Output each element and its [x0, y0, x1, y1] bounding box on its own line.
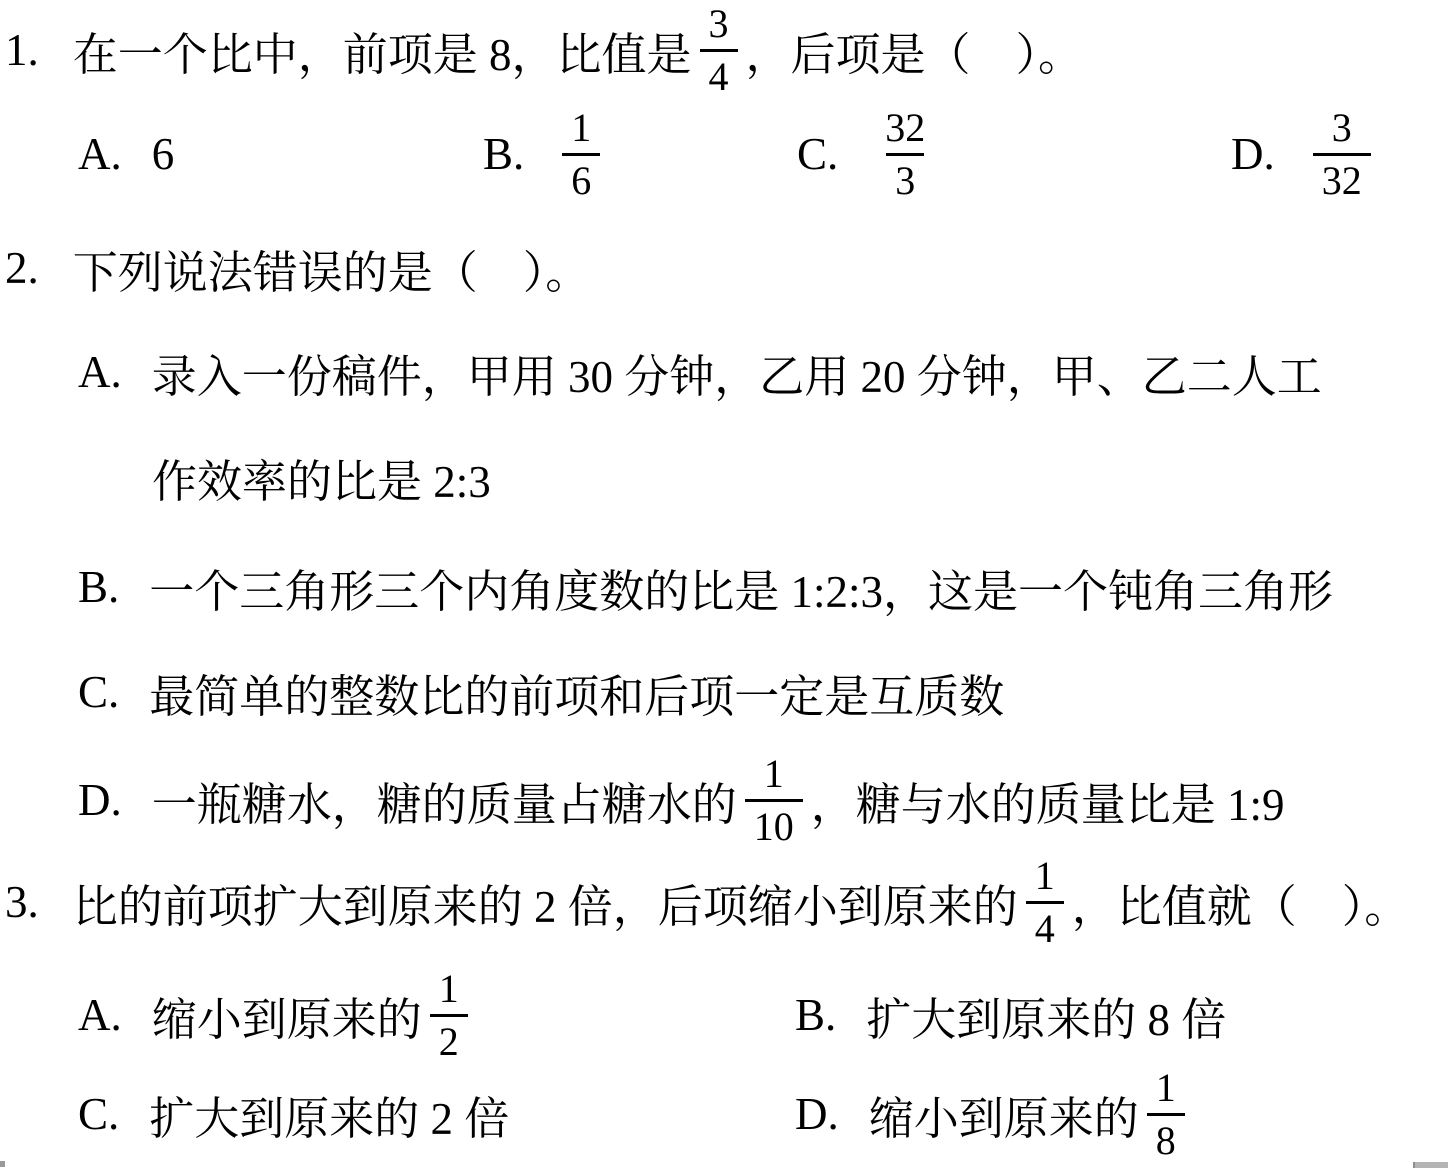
fraction-3-4: 3 4: [700, 4, 738, 97]
q3-option-d-text: 缩小到原来的: [869, 1082, 1139, 1147]
q2-option-d-text-after: ，糖与水的质量比是 1:9: [811, 768, 1285, 833]
q3-option-a-text: 缩小到原来的: [152, 983, 422, 1048]
q1-option-d: D. 3 32: [1231, 104, 1379, 204]
fraction-32-3: 32 3: [876, 108, 934, 201]
q3-option-c-label: C.: [78, 1088, 119, 1140]
question-1-stem: 1. 在一个比中，前项是 8，比值是 3 4 ，后项是（ ）。: [5, 2, 1083, 98]
q3-option-b: B. 扩大到原来的 8 倍: [795, 962, 1226, 1068]
q1-option-b-label: B.: [483, 128, 524, 180]
question-3-text-before: 比的前项扩大到原来的 2 倍，后项缩小到原来的: [73, 870, 1018, 935]
q2-option-d-label: D.: [78, 774, 122, 826]
question-3-options-row-1: A. 缩小到原来的 1 2 B. 扩大到原来的 8 倍: [0, 962, 1448, 1068]
q1-option-a-label: A.: [78, 128, 122, 180]
fraction-denominator: 3: [886, 153, 924, 201]
fraction-3-32: 3 32: [1313, 108, 1371, 201]
q3-option-b-text: 扩大到原来的 8 倍: [866, 983, 1226, 1048]
fraction-denominator: 6: [562, 153, 600, 201]
q3-option-d: D. 缩小到原来的 1 8: [795, 1064, 1193, 1164]
fraction-denominator: 8: [1147, 1113, 1185, 1161]
question-2-text: 下列说法错误的是（ ）。: [73, 236, 591, 301]
question-1-number: 1.: [5, 24, 39, 76]
q2-option-c: C. 最简单的整数比的前项和后项一定是互质数: [78, 664, 1004, 720]
question-1-text-after: ，后项是（ ）。: [746, 18, 1084, 83]
q2-option-a-continuation: 作效率的比是 2:3: [152, 449, 491, 505]
fraction-denominator: 32: [1313, 153, 1371, 201]
fraction-1-8: 1 8: [1147, 1068, 1185, 1161]
q2-option-a-line1: 录入一份稿件，甲用 30 分钟，乙用 20 分钟，甲、乙二人工: [152, 340, 1322, 405]
q1-option-c: C. 32 3: [797, 104, 942, 204]
q1-option-a-value: 6: [152, 128, 175, 180]
q2-option-a-line2: 作效率的比是 2:3: [152, 445, 491, 510]
q1-option-b: B. 1 6: [483, 104, 608, 204]
fraction-denominator: 4: [1026, 901, 1064, 949]
fraction-numerator: 3: [1323, 108, 1361, 153]
question-3-stem: 3. 比的前项扩大到原来的 2 倍，后项缩小到原来的 1 4 ，比值就（ ）。: [5, 850, 1409, 954]
question-3-options-row-2: C. 扩大到原来的 2 倍 D. 缩小到原来的 1 8: [0, 1064, 1448, 1164]
q3-option-a: A. 缩小到原来的 1 2: [78, 962, 476, 1068]
q1-option-d-label: D.: [1231, 128, 1275, 180]
fraction-1-10: 1 10: [745, 754, 803, 847]
q3-option-d-label: D.: [795, 1088, 839, 1140]
horizontal-scrollbar-thumb[interactable]: [1413, 1162, 1448, 1168]
fraction-1-2: 1 2: [430, 969, 468, 1062]
fraction-numerator: 3: [700, 4, 738, 49]
q2-option-d-text-before: 一瓶糖水，糖的质量占糖水的: [152, 768, 737, 833]
q2-option-b-text: 一个三角形三个内角度数的比是 1:2:3，这是一个钝角三角形: [149, 555, 1333, 620]
question-3-text-after: ，比值就（ ）。: [1072, 870, 1410, 935]
q2-option-a: A. 录入一份稿件，甲用 30 分钟，乙用 20 分钟，甲、乙二人工: [78, 344, 1322, 400]
question-3-number: 3.: [5, 876, 39, 928]
fraction-numerator: 1: [430, 969, 468, 1014]
q2-option-c-text: 最简单的整数比的前项和后项一定是互质数: [149, 660, 1004, 725]
question-1-options-row: A. 6 B. 1 6 C. 32 3 D. 3 32: [0, 104, 1448, 204]
fraction-numerator: 1: [562, 108, 600, 153]
q3-option-b-label: B.: [795, 989, 836, 1041]
q2-option-b-label: B.: [78, 561, 119, 613]
fraction-numerator: 1: [755, 754, 793, 799]
q1-option-c-label: C.: [797, 128, 838, 180]
fraction-numerator: 32: [876, 108, 934, 153]
fraction-numerator: 1: [1026, 856, 1064, 901]
q2-option-c-label: C.: [78, 666, 119, 718]
q1-option-a: A. 6: [78, 104, 174, 204]
question-1-text-before: 在一个比中，前项是 8，比值是: [73, 18, 692, 83]
q3-option-a-label: A.: [78, 989, 122, 1041]
question-2-stem: 2. 下列说法错误的是（ ）。: [5, 240, 590, 296]
fraction-numerator: 1: [1147, 1068, 1185, 1113]
q3-option-c: C. 扩大到原来的 2 倍: [78, 1064, 509, 1164]
q2-option-b: B. 一个三角形三个内角度数的比是 1:2:3，这是一个钝角三角形: [78, 559, 1333, 615]
page-corner-mark: [0, 1161, 5, 1167]
q3-option-c-text: 扩大到原来的 2 倍: [149, 1082, 509, 1147]
worksheet-page: 1. 在一个比中，前项是 8，比值是 3 4 ，后项是（ ）。 A. 6 B. …: [0, 0, 1448, 1168]
q2-option-d: D. 一瓶糖水，糖的质量占糖水的 1 10 ，糖与水的质量比是 1:9: [78, 750, 1285, 850]
fraction-1-6: 1 6: [562, 108, 600, 201]
q2-option-a-label: A.: [78, 346, 122, 398]
fraction-denominator: 4: [700, 49, 738, 97]
fraction-1-4: 1 4: [1026, 856, 1064, 949]
fraction-denominator: 10: [745, 799, 803, 847]
fraction-denominator: 2: [430, 1014, 468, 1062]
question-2-number: 2.: [5, 242, 39, 294]
